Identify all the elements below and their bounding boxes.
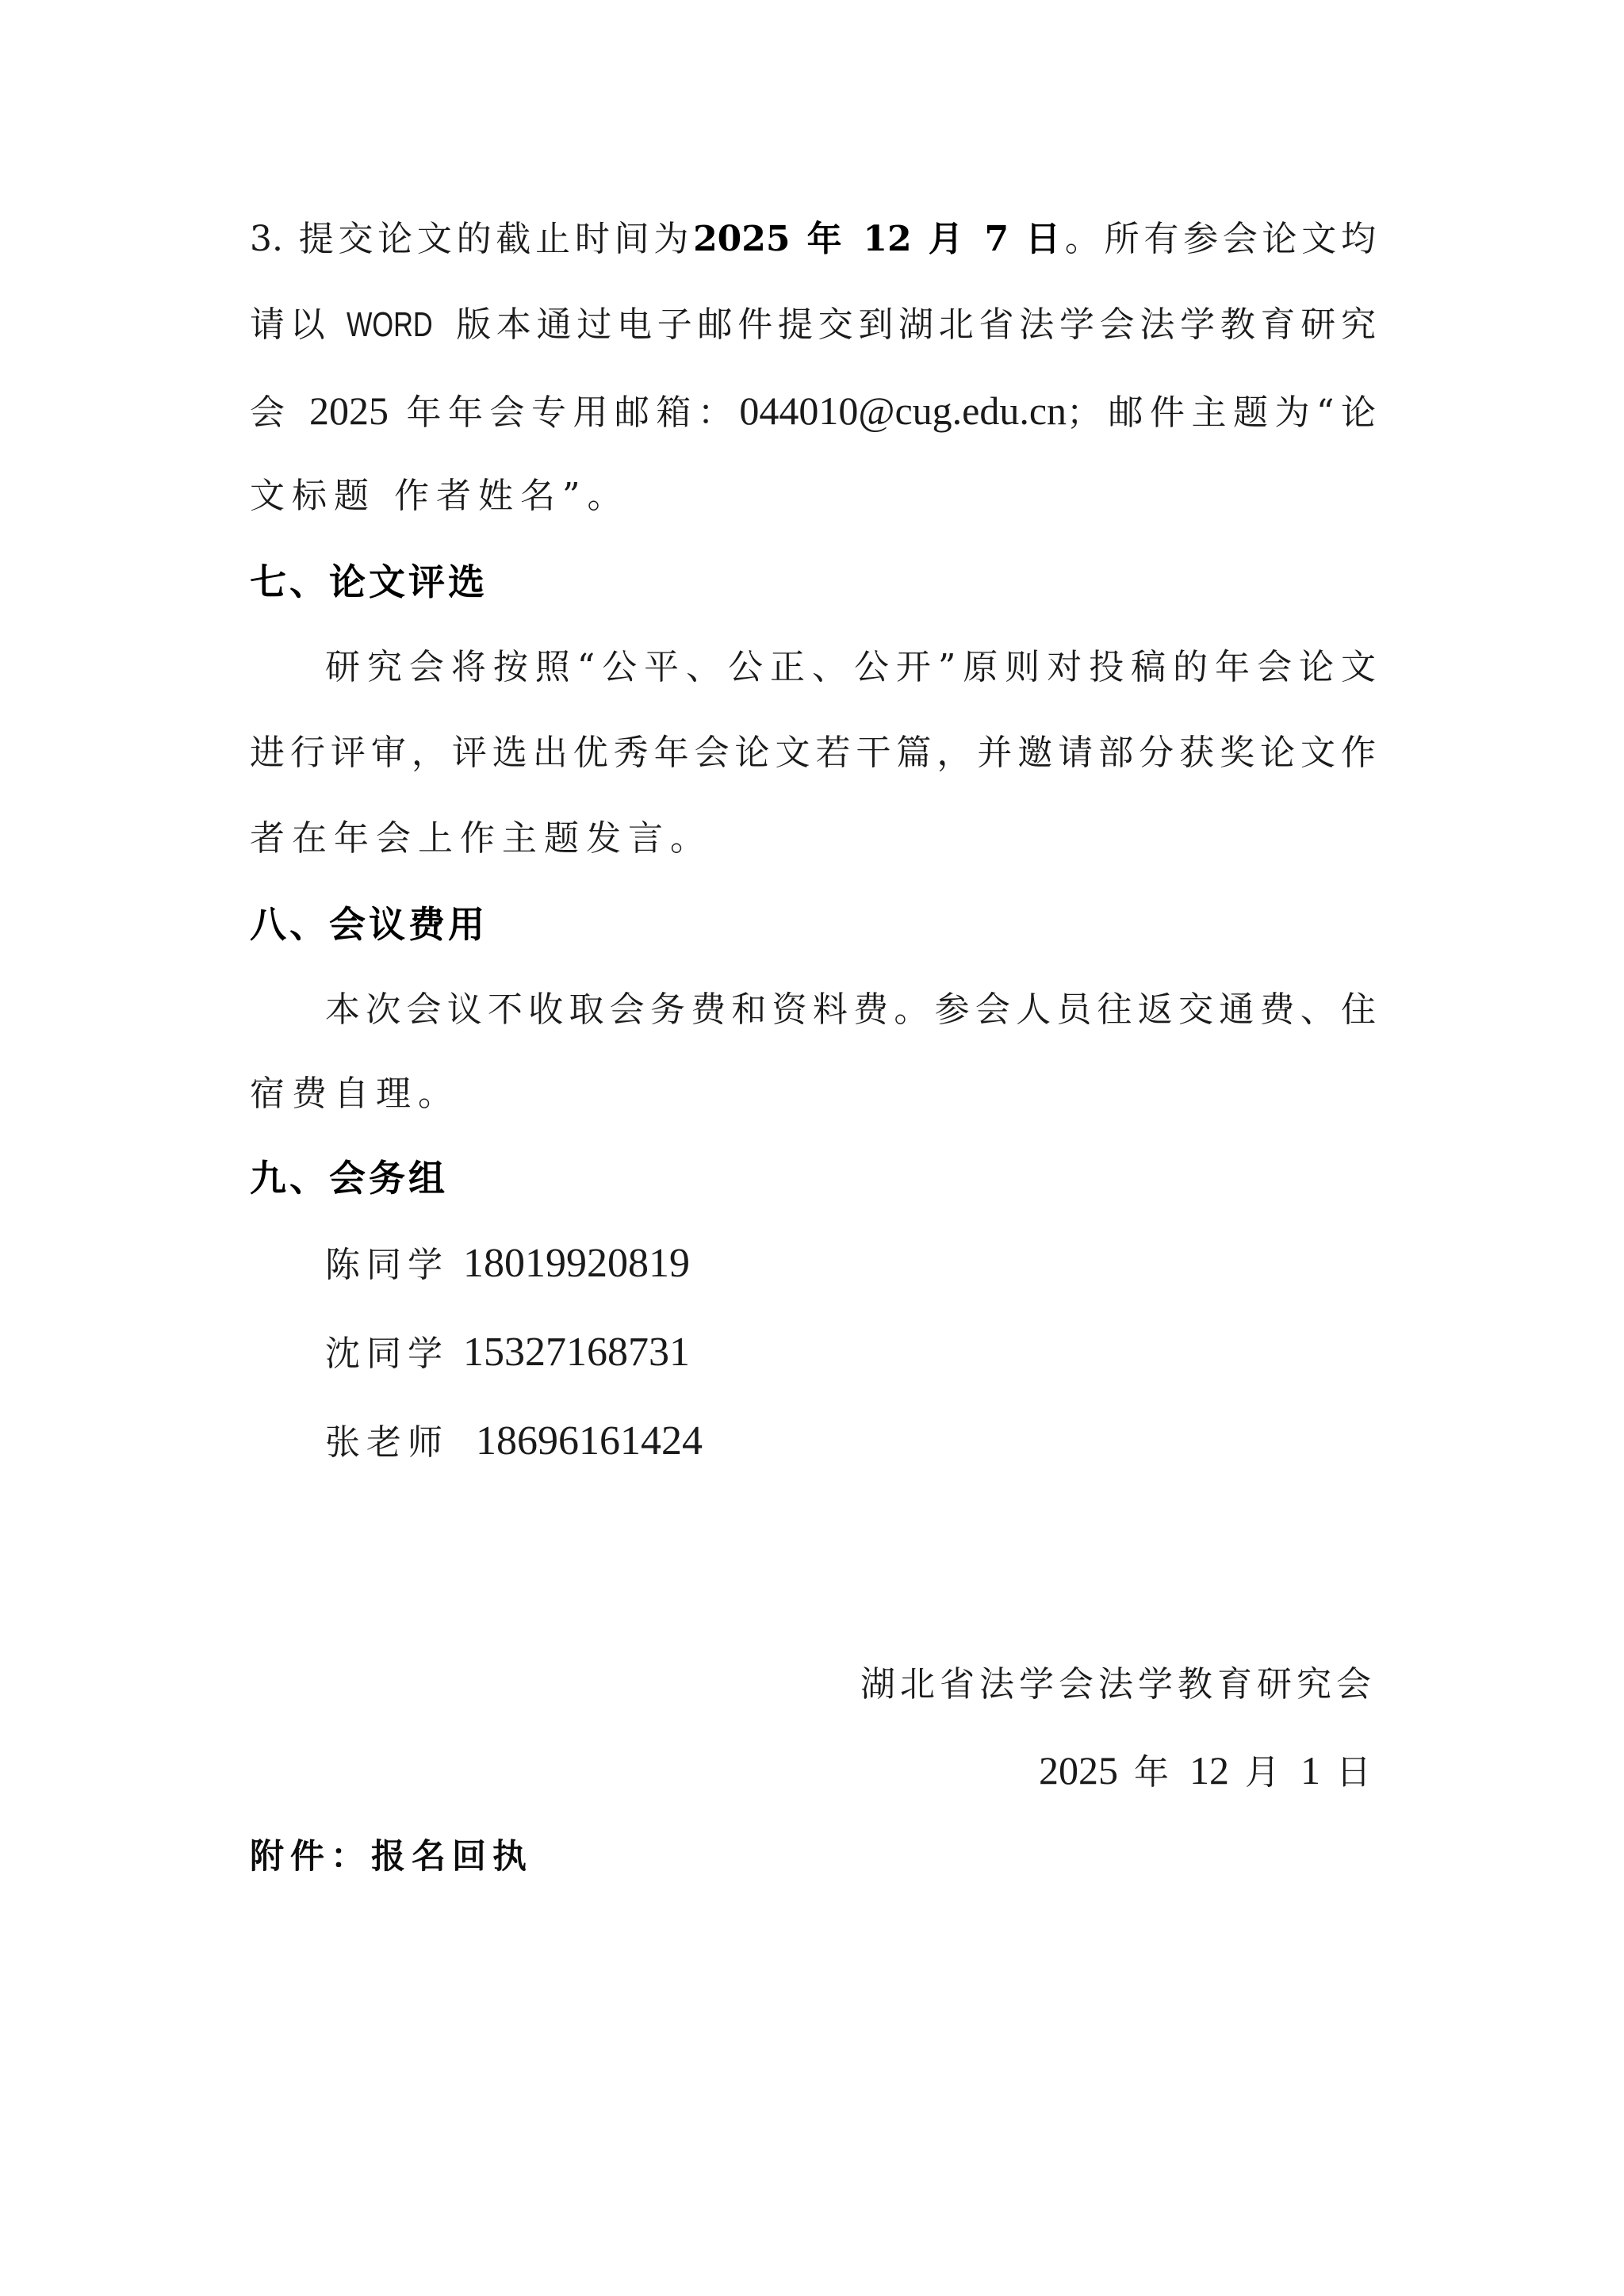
item3-line4-text: 文标题 作者姓名”。 — [250, 476, 629, 516]
signature-date: 2025 年 12 月 1 日 — [1039, 1747, 1376, 1794]
contact-phone[interactable]: 18019920819 — [463, 1241, 690, 1286]
date-year-unit: 年 — [1134, 1752, 1174, 1793]
date-year: 2025 — [1039, 1748, 1118, 1793]
attachment-label: 附件： — [250, 1837, 371, 1877]
item3-line3-mid: 年年会专用邮箱： — [406, 392, 739, 433]
item3-line-1: 3. 提交论文的截止时间为2025 年 12 月 7 日。所有参会论文均 — [250, 216, 1376, 263]
item3-year: 2025 — [309, 388, 389, 433]
section8-line-2: 宿费自理。 — [250, 1070, 1376, 1118]
contact-phone[interactable]: 18696161424 — [476, 1418, 703, 1464]
contact-name: 张老师 — [325, 1422, 449, 1463]
item3-line3-post: ；邮件主题为“论 — [1067, 392, 1376, 433]
deadline-date-text: 2025 年 12 月 7 日 — [693, 219, 1065, 259]
item3-line2-pre: 请以 — [250, 304, 330, 345]
item3-line-2: 请以 WORD 版本通过电子邮件提交到湖北省法学会法学教育研究 — [250, 301, 1376, 349]
date-month: 12 — [1189, 1748, 1229, 1793]
contact-phone[interactable]: 15327168731 — [463, 1330, 690, 1375]
item3-line-3: 会 2025 年年会专用邮箱：044010@cug.edu.cn；邮件主题为“论 — [250, 387, 1376, 434]
item3-line3-pre: 会 — [250, 392, 292, 433]
section8-heading: 八、会议费用 — [250, 901, 1376, 948]
section8-line-1: 本次会议不收取会务费和资料费。参会人员往返交通费、住 — [325, 986, 1376, 1034]
contact-name: 陈同学 — [325, 1245, 449, 1285]
date-day-unit: 日 — [1336, 1752, 1376, 1793]
section7-heading: 七、论文评选 — [250, 558, 1376, 606]
section9-heading: 九、会务组 — [250, 1154, 1376, 1202]
contact-row: 张老师18696161424 — [325, 1418, 703, 1465]
contact-row: 沈同学15327168731 — [325, 1329, 690, 1376]
word-format-label: WORD — [347, 301, 433, 349]
section7-line-3: 者在年会上作主题发言。 — [250, 815, 1376, 863]
document-page: 3. 提交论文的截止时间为2025 年 12 月 7 日。所有参会论文均 请以 … — [0, 0, 1624, 2296]
item3-line-4: 文标题 作者姓名”。 — [250, 473, 1376, 520]
section7-line-1: 研究会将按照“公平、公正、公开”原则对投稿的年会论文 — [325, 644, 1376, 691]
section7-line-2: 进行评审，评选出优秀年会论文若干篇，并邀请部分获奖论文作 — [250, 729, 1376, 777]
date-day: 1 — [1300, 1748, 1320, 1793]
attachment-name[interactable]: 报名回执 — [371, 1837, 533, 1877]
date-month-unit: 月 — [1245, 1752, 1285, 1793]
contact-name: 沈同学 — [325, 1334, 449, 1374]
attachment-line: 附件：报名回执 — [250, 1833, 1376, 1881]
item3-prefix: 3. 提交论文的截止时间为 — [250, 219, 693, 259]
item3-line2-post: 版本通过电子邮件提交到湖北省法学会法学教育研究 — [456, 304, 1376, 345]
contact-row: 陈同学18019920819 — [325, 1240, 690, 1288]
deadline-date: 2025 年 12 月 7 日 — [693, 219, 1065, 259]
submission-email-link[interactable]: 044010@cug.edu.cn — [739, 388, 1067, 433]
signature-organization: 湖北省法学会法学教育研究会 — [860, 1661, 1376, 1709]
item3-suffix: 。所有参会论文均 — [1065, 219, 1376, 259]
